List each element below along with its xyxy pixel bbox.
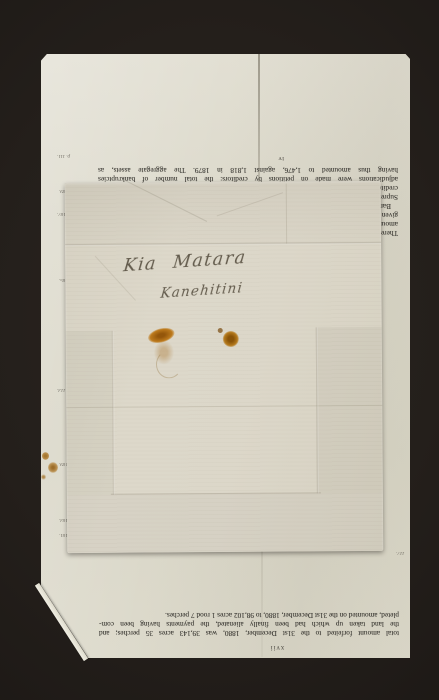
- wax-stain: [156, 350, 182, 378]
- margin-note: p. 103.: [402, 202, 434, 211]
- wax-stain: [218, 328, 223, 333]
- printed-text: pleted, amounted on the 31st December, 1…: [99, 611, 399, 620]
- margin-note: [402, 220, 434, 229]
- foxing-spot: [42, 452, 49, 460]
- page-number: xvii: [99, 642, 437, 652]
- text-line: Page iv. total amount forfeited to the 3…: [99, 629, 437, 638]
- signature-mark: iv: [98, 154, 434, 163]
- printed-text: having thus amounted to 1,476, against 1…: [98, 166, 398, 175]
- foxing-spot: [41, 474, 46, 480]
- margin-fragment: 117.: [396, 549, 404, 555]
- folded-letter: Kia Matara Kanehitini: [65, 181, 384, 553]
- text-line: having thus amounted to 1,476, against 1…: [98, 166, 434, 175]
- fold-shading: [66, 331, 113, 495]
- text-line: —— the land taken up which had been fina…: [99, 620, 437, 629]
- printed-text: total amount forfeited to the 31st Decem…: [99, 629, 399, 638]
- margin-note: [402, 211, 434, 220]
- wax-stain: [223, 331, 239, 347]
- handwritten-address-line-2: Kanehitini: [160, 280, 244, 302]
- margin-note: p. 101.: [402, 229, 434, 238]
- fold-shading: [67, 493, 383, 553]
- foxing-spot: [48, 462, 58, 473]
- photo-background: p. 101. There were 33,393 civil cases in…: [0, 0, 439, 700]
- text-line: pleted, amounted on the 31st December, 1…: [99, 611, 437, 620]
- bottom-text-block: xvii Page iv. total amount forfeited to …: [99, 606, 437, 652]
- margin-note: ——: [403, 620, 437, 629]
- fold-crease: [112, 331, 115, 495]
- margin-note: [402, 193, 434, 202]
- margin-note: [402, 166, 434, 175]
- handwritten-address-line-1: Kia Matara: [122, 248, 247, 277]
- margin-note: [403, 611, 437, 620]
- margin-note: [402, 175, 434, 184]
- margin-fragment: p. 111.: [57, 152, 70, 158]
- margin-note: p. 105.: [402, 184, 434, 193]
- fold-shading: [317, 327, 383, 493]
- printed-text: the land taken up which had been finally…: [99, 620, 399, 629]
- margin-note: Page iv.: [403, 629, 437, 638]
